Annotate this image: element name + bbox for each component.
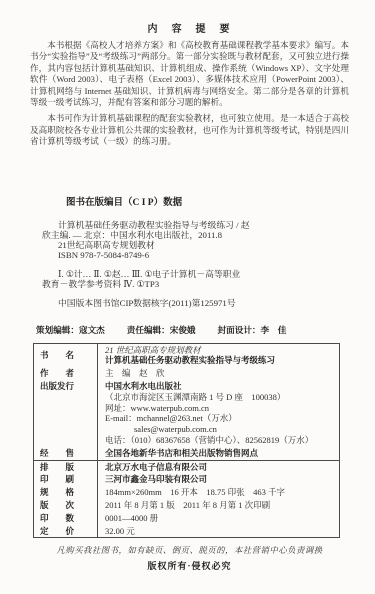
edition-label: 版 次 (34, 499, 97, 512)
print-run-value: 0001—4000 册 (97, 512, 339, 525)
row-typesetting: 排 版 北京万水电子信息有限公司 (34, 460, 339, 474)
typesetting-value: 北京万水电子信息有限公司 (97, 461, 339, 474)
edition-value: 2011 年 8 月第 1 版 2011 年 8 月第 1 次印刷 (97, 499, 339, 512)
publisher-label: 出版发行 (34, 380, 97, 447)
row-publisher: 出版发行 中国水利水电出版社 （北京市海淀区玉渊潭南路 1 号 D 座 1000… (34, 380, 339, 447)
summary-paragraph-1: 本书根据《高校人才培养方案》和《高校教育基础课程教学基本要求》编写。本书分“实验… (30, 40, 349, 108)
publisher-address: （北京市海淀区玉渊潭南路 1 号 D 座 100038） (105, 392, 335, 403)
row-seller: 经 售 全国各地新华书店和相关出版物销售网点 (34, 447, 339, 460)
book-title-value: 21 世纪高职高专规划教材 计算机基础任务驱动教程实验指导与考级练习 (97, 344, 339, 368)
row-format: 规 格 184mm×260mm 16 开本 18.75 印张 463 千字 (34, 486, 339, 499)
cip-archive-number: 中国版本图书馆CIP数据核字(2011)第125971号 (42, 298, 349, 308)
cip-section: 图书在版编目（C I P）数据 计算机基础任务驱动教程实验指导与考级练习 / 赵… (42, 198, 349, 308)
publisher-website: 网址：www.waterpub.com.cn (105, 403, 335, 414)
printing-label: 印 刷 (34, 473, 97, 486)
duty-editor: 责任编辑：宋俊娥 (127, 324, 196, 336)
typesetting-label: 排 版 (34, 461, 97, 474)
seller-value: 全国各地新华书店和相关出版物销售网点 (97, 447, 339, 460)
cip-classification-line-1: Ⅰ. ①计… Ⅱ. ①赵… Ⅲ. ①电子计算机－高等职业 (42, 269, 349, 279)
footer-notices: 凡购买我社图书，如有缺页、倒页、脱页的，本社营销中心负责调换 版权所有·侵权必究 (30, 544, 349, 572)
format-value: 184mm×260mm 16 开本 18.75 印张 463 千字 (97, 486, 339, 499)
cip-spacer (42, 260, 349, 269)
row-book-title: 书 名 21 世纪高职高专规划教材 计算机基础任务驱动教程实验指导与考级练习 (34, 344, 339, 368)
format-label: 规 格 (34, 486, 97, 499)
copyright-notice: 版权所有·侵权必究 (30, 559, 349, 572)
price-label: 定 价 (34, 525, 97, 538)
book-title-label: 书 名 (34, 344, 97, 368)
cip-classification-line-2: 教育－教学参考资料 Ⅳ. ①TP3 (42, 279, 349, 289)
author-value: 主 编 赵 欣 (97, 367, 339, 380)
cip-record-line-1: 计算机基础任务驱动教程实验指导与考级练习 / 赵 (42, 220, 349, 230)
content-summary-section: 内 容 提 要 本书根据《高校人才培养方案》和《高校教育基础课程教学基本要求》编… (30, 20, 349, 148)
publisher-email-1: E-mail：mchannel@263.net（万水） (105, 413, 335, 424)
printing-value: 三河市鑫金马印装有限公司 (97, 473, 339, 486)
exchange-notice: 凡购买我社图书，如有缺页、倒页、脱页的，本社营销中心负责调换 (30, 544, 349, 556)
cip-isbn: ISBN 978-7-5084-8749-6 (42, 250, 349, 260)
author-label: 作 者 (34, 367, 97, 380)
row-print-run: 印 数 0001—4000 册 (34, 512, 339, 525)
publisher-phone: 电话：（010）68367658（营销中心）、82562819（万水） (105, 435, 335, 446)
colophon-table: 书 名 21 世纪高职高专规划教材 计算机基础任务驱动教程实验指导与考级练习 作… (33, 343, 340, 539)
colophon-page: 内 容 提 要 本书根据《高校人才培养方案》和《高校教育基础课程教学基本要求》编… (0, 0, 375, 594)
row-printing: 印 刷 三河市鑫金马印装有限公司 (34, 473, 339, 486)
publisher-value: 中国水利水电出版社 （北京市海淀区玉渊潭南路 1 号 D 座 100038） 网… (97, 380, 339, 447)
summary-paragraph-2: 本书可作为计算机基础课程的配套实验教材，也可独立使用。是一本适合于高校及高职院校… (30, 113, 349, 147)
print-run-label: 印 数 (34, 512, 97, 525)
cover-designer: 封面设计：李 佳 (218, 324, 287, 336)
cip-heading: 图书在版编目（C I P）数据 (42, 198, 349, 208)
row-edition: 版 次 2011 年 8 月第 1 版 2011 年 8 月第 1 次印刷 (34, 499, 339, 512)
seller-label: 经 售 (34, 447, 97, 460)
price-value: 32.00 元 (97, 525, 339, 538)
book-series-line: 21 世纪高职高专规划教材 (105, 345, 335, 356)
publisher-name: 中国水利水电出版社 (105, 381, 335, 392)
row-price: 定 价 32.00 元 (34, 525, 339, 538)
row-author: 作 者 主 编 赵 欣 (34, 367, 339, 380)
cip-series: 21世纪高职高专规划教材 (42, 240, 349, 250)
publisher-email-2: sales@waterpub.com.cn (105, 424, 335, 435)
book-name-line: 计算机基础任务驱动教程实验指导与考级练习 (105, 355, 335, 366)
cip-record-line-2: 欣主编. — 北京：中国水利水电出版社，2011.8 (42, 230, 349, 240)
summary-title: 内 容 提 要 (30, 20, 349, 35)
editors-line: 策划编辑：寇文杰 责任编辑：宋俊娥 封面设计：李 佳 (36, 324, 349, 336)
planning-editor: 策划编辑：寇文杰 (36, 324, 105, 336)
cip-spacer (42, 289, 349, 298)
